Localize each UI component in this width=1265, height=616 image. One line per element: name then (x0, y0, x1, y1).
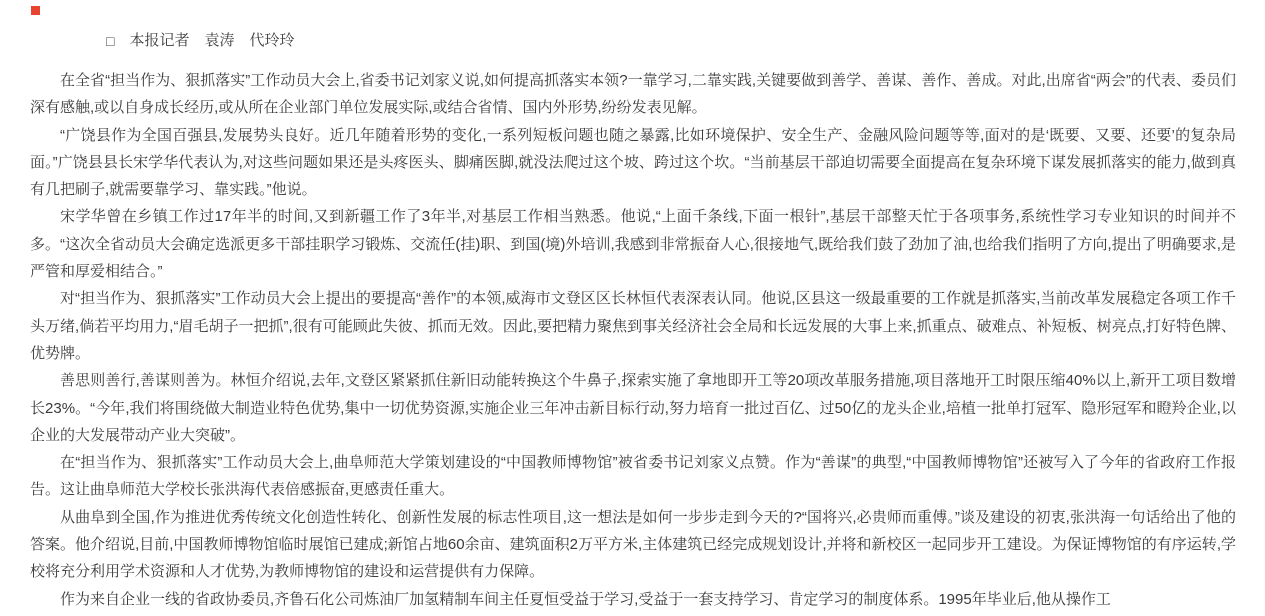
red-corner-marker (31, 6, 40, 15)
article-paragraph: 从曲阜到全国,作为推进优秀传统文化创造性转化、创新性发展的标志性项目,这一想法是… (30, 504, 1236, 586)
byline-bullet-icon: □ (106, 34, 114, 48)
article-paragraph: 在“担当作为、狠抓落实”工作动员大会上,曲阜师范大学策划建设的“中国教师博物馆”… (30, 449, 1236, 504)
article-paragraph: 作为来自企业一线的省政协委员,齐鲁石化公司炼油厂加氢精制车间主任夏恒受益于学习,… (30, 586, 1236, 613)
article-paragraph: “广饶县作为全国百强县,发展势头良好。近几年随着形势的变化,一系列短板问题也随之… (30, 122, 1236, 204)
article-paragraph: 在全省“担当作为、狠抓落实”工作动员大会上,省委书记刘家义说,如何提高抓落实本领… (30, 67, 1236, 122)
article-paragraph: 对“担当作为、狠抓落实”工作动员大会上提出的要提高“善作”的本领,威海市文登区区… (30, 285, 1236, 367)
article-paragraph: 善思则善行,善谋则善为。林恒介绍说,去年,文登区紧紧抓住新旧动能转换这个牛鼻子,… (30, 367, 1236, 449)
article-paragraph: 宋学华曾在乡镇工作过17年半的时间,又到新疆工作了3年半,对基层工作相当熟悉。他… (30, 203, 1236, 285)
byline: □ 本报记者 袁涛 代玲玲 (106, 29, 295, 50)
byline-author: 袁涛 (204, 29, 234, 50)
byline-author: 代玲玲 (250, 29, 295, 50)
byline-label: 本报记者 (129, 29, 189, 50)
article-body: 在全省“担当作为、狠抓落实”工作动员大会上,省委书记刘家义说,如何提高抓落实本领… (30, 67, 1236, 613)
